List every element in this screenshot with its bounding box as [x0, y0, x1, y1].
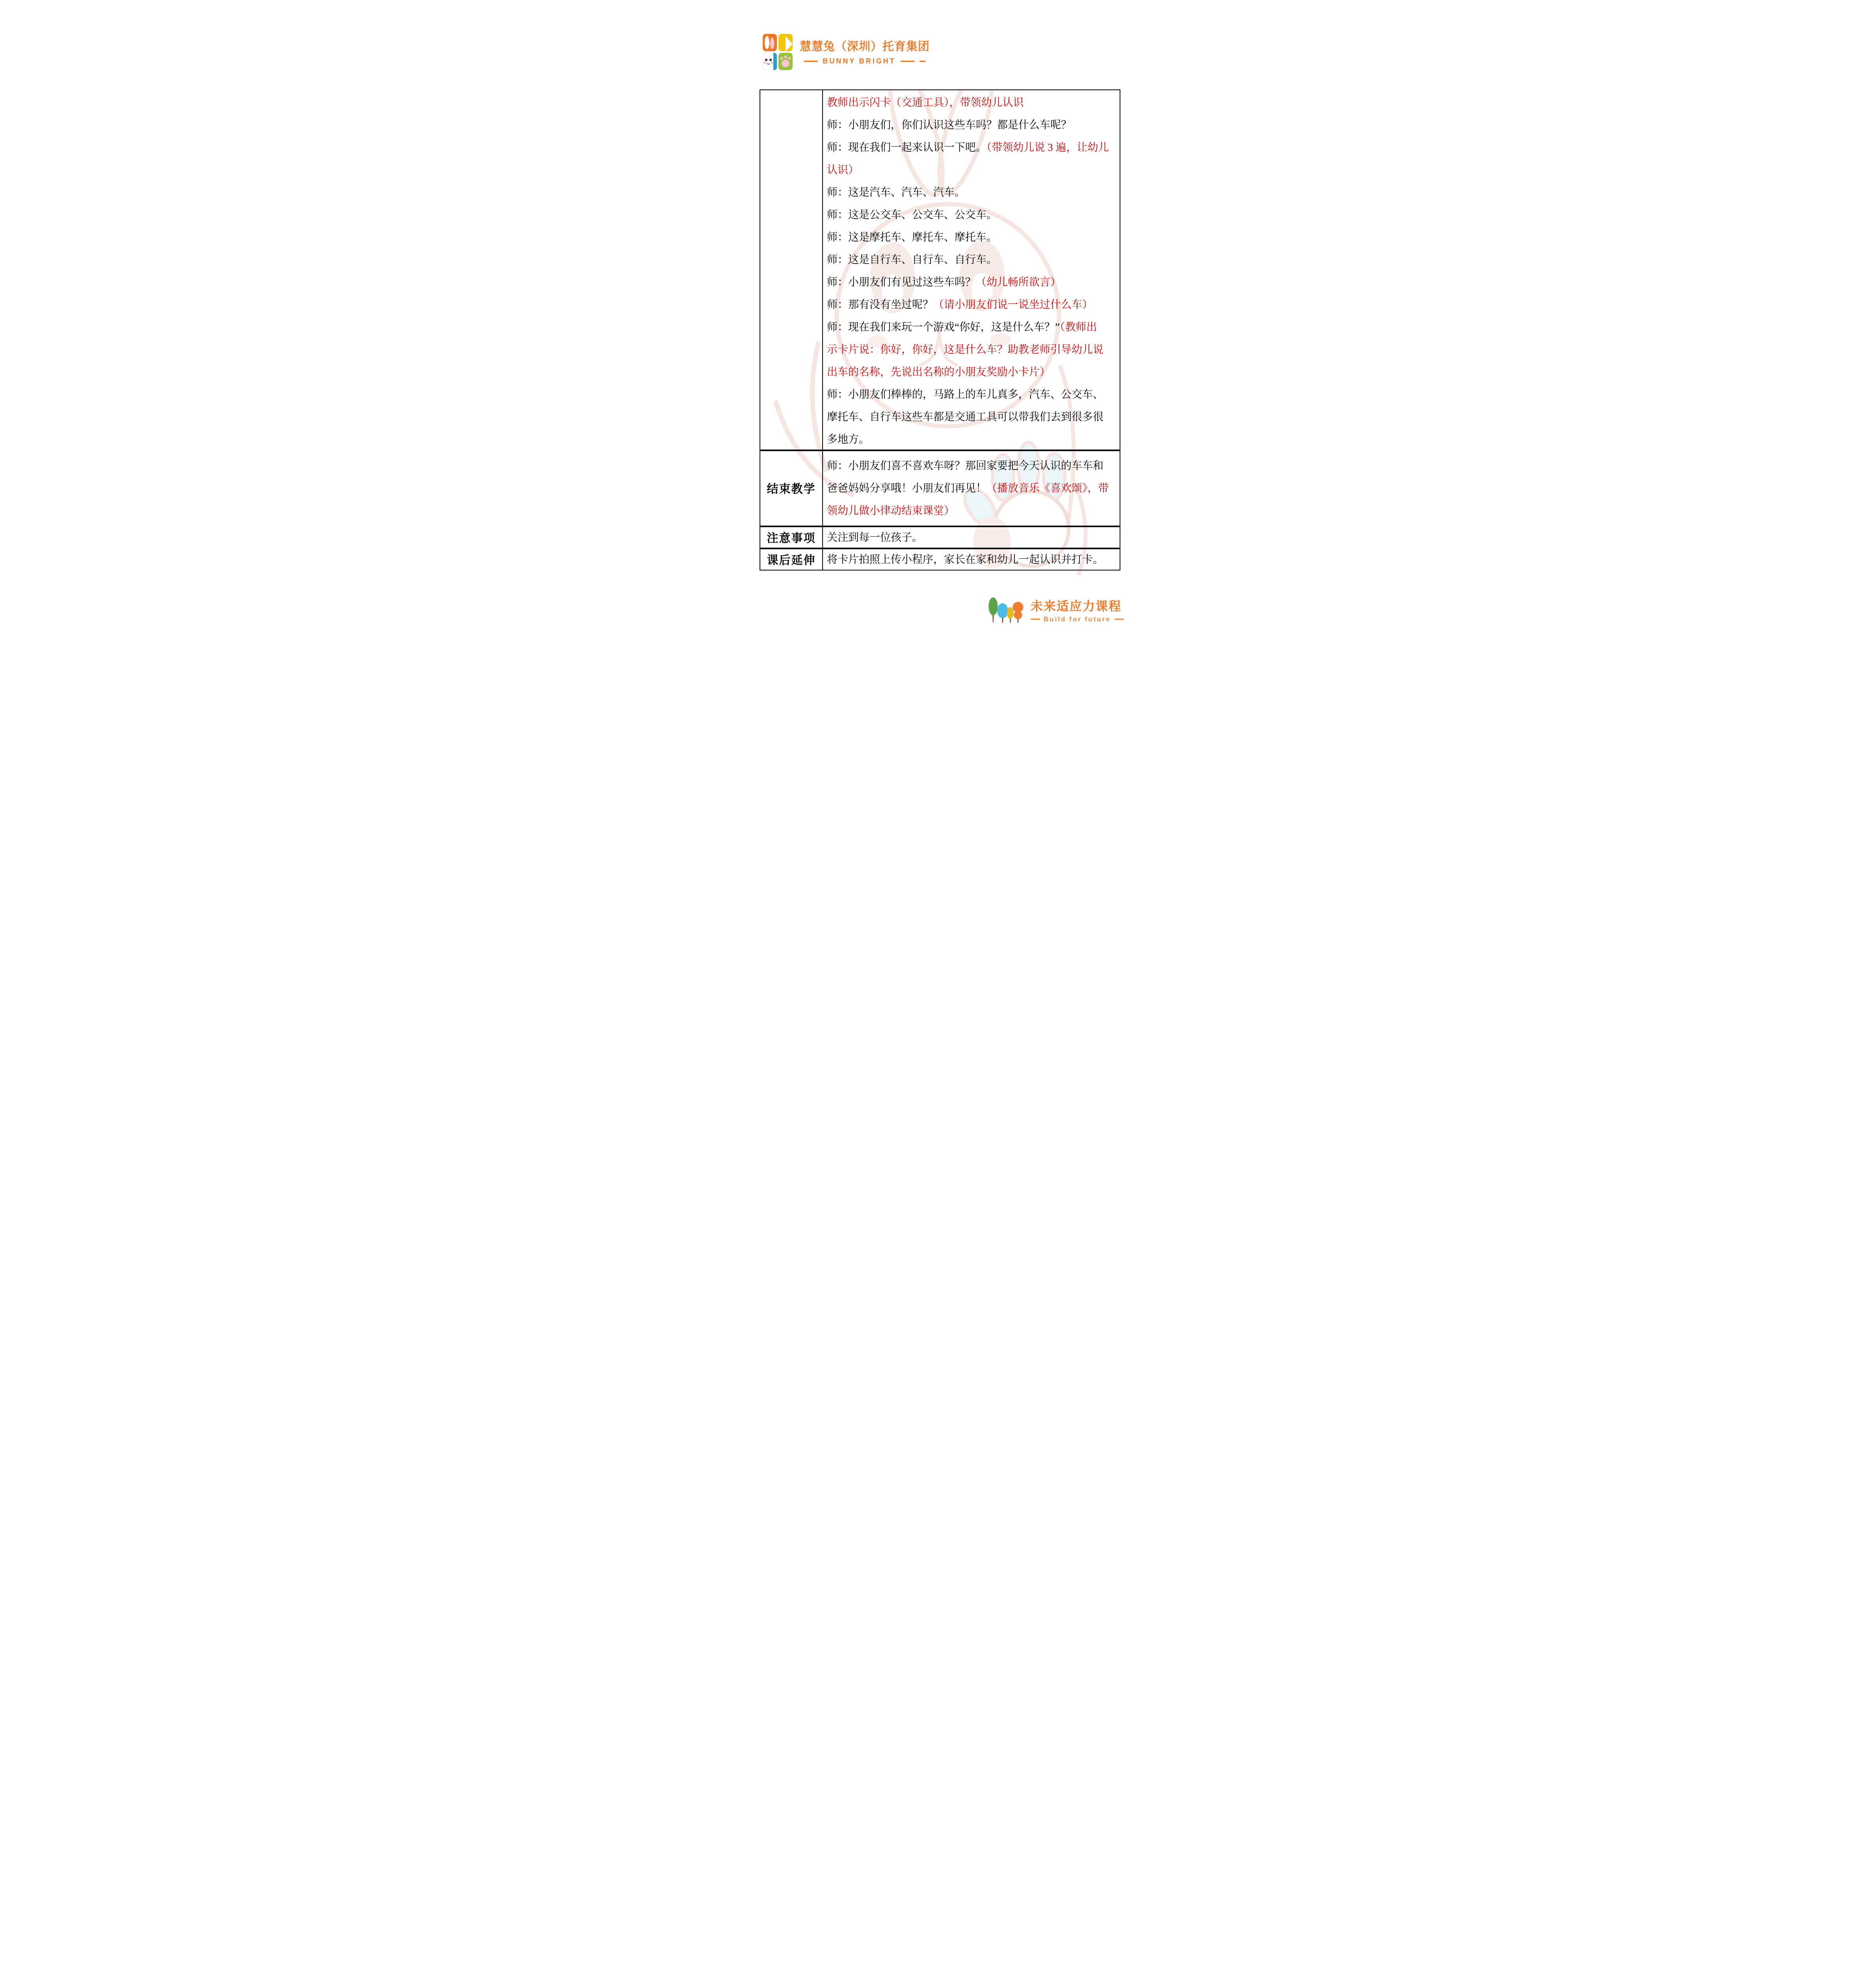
brand-text: 慧慧兔（深圳）托育集团 BUNNY BRIGHT — [800, 34, 930, 65]
row-content-extension: 将卡片拍照上传小程序，家长在家和幼儿一起认识并打卡。 — [823, 549, 1120, 570]
text-line: 师：小朋友们，你们认识这些车吗？都是什么车呢？ — [827, 114, 1118, 136]
footer-subtitle-row: Build for future — [1031, 615, 1124, 623]
brand-name-en-row: BUNNY BRIGHT — [800, 57, 930, 65]
footer-text: 未来适应力课程 Build for future — [1031, 596, 1124, 623]
text-line: 师：现在我们来玩一个游戏“你好，这是什么车？”（教师出 — [827, 316, 1118, 338]
footer-title-cn: 未来适应力课程 — [1031, 596, 1124, 614]
table-row-notes: 注意事项 关注到每一位孩子。 — [760, 526, 1120, 548]
text-line: 教师出示闪卡（交通工具），带领幼儿认识 — [827, 91, 1118, 114]
decor-fdash-left — [1031, 619, 1040, 620]
text-line: 师：这是自行车、自行车、自行车。 — [827, 249, 1118, 271]
row-label-extension: 课后延伸 — [760, 549, 823, 570]
footer-subtitle-en: Build for future — [1044, 615, 1111, 623]
brand-name-cn: 慧慧兔（深圳）托育集团 — [800, 38, 930, 54]
decor-dash-left — [804, 61, 818, 62]
text-line: 认识） — [827, 159, 1118, 181]
text-line: 领幼儿做小律动结束课堂） — [827, 500, 1118, 522]
table-row-closing: 结束教学 师：小朋友们喜不喜欢车呀？那回家要把今天认识的车车和爸爸妈妈分享哦！小… — [760, 450, 1120, 526]
text-line: 爸爸妈妈分享哦！小朋友们再见！（播放音乐《喜欢颂》，带 — [827, 477, 1118, 500]
text-line: 关注到每一位孩子。 — [827, 526, 1118, 549]
trees-icon — [988, 596, 1025, 623]
text-line: 摩托车、自行车这些车都是交通工具可以带我们去到很多很 — [827, 406, 1118, 428]
row-content-closing: 师：小朋友们喜不喜欢车呀？那回家要把今天认识的车车和爸爸妈妈分享哦！小朋友们再见… — [823, 451, 1120, 526]
row-label-cell — [760, 90, 823, 450]
bunny-bright-logo-icon — [763, 34, 793, 70]
text-line: 师：这是摩托车、摩托车、摩托车。 — [827, 226, 1118, 249]
row-label-closing: 结束教学 — [760, 451, 823, 526]
table-row-activity: 教师出示闪卡（交通工具），带领幼儿认识师：小朋友们，你们认识这些车吗？都是什么车… — [760, 90, 1120, 450]
row-content-cell: 教师出示闪卡（交通工具），带领幼儿认识师：小朋友们，你们认识这些车吗？都是什么车… — [823, 90, 1120, 450]
text-line: 出车的名称，先说出名称的小朋友奖励小卡片） — [827, 361, 1118, 383]
text-line: 师：这是汽车、汽车、汽车。 — [827, 181, 1118, 204]
decor-fdash-right — [1114, 619, 1124, 620]
row-content-notes: 关注到每一位孩子。 — [823, 527, 1120, 548]
text-line: 师：小朋友们棒棒的，马路上的车儿真多，汽车、公交车、 — [827, 383, 1118, 406]
text-line: 多地方。 — [827, 428, 1118, 451]
lesson-plan-table: 教师出示闪卡（交通工具），带领幼儿认识师：小朋友们，你们认识这些车吗？都是什么车… — [760, 89, 1120, 571]
row-label-notes: 注意事项 — [760, 527, 823, 548]
text-line: 师：小朋友们喜不喜欢车呀？那回家要把今天认识的车车和 — [827, 455, 1118, 477]
decor-dash-right-short — [919, 61, 926, 62]
text-line: 将卡片拍照上传小程序，家长在家和幼儿一起认识并打卡。 — [827, 548, 1118, 571]
brand-name-en: BUNNY BRIGHT — [823, 57, 896, 65]
text-line: 师：那有没有坐过呢？（请小朋友们说一说坐过什么车） — [827, 294, 1118, 316]
text-line: 示卡片说：你好，你好，这是什么车？助教老师引导幼儿说 — [827, 338, 1118, 361]
text-line: 师：小朋友们有见过这些车吗？（幼儿畅所欲言） — [827, 271, 1118, 294]
table-row-extension: 课后延伸 将卡片拍照上传小程序，家长在家和幼儿一起认识并打卡。 — [760, 548, 1120, 570]
footer-brand: 未来适应力课程 Build for future — [988, 596, 1124, 623]
text-line: 师：这是公交车、公交车、公交车。 — [827, 204, 1118, 226]
brand-header: 慧慧兔（深圳）托育集团 BUNNY BRIGHT — [763, 34, 930, 70]
lesson-plan-page: 慧慧兔（深圳）托育集团 BUNNY BRIGHT 教师出示闪卡（交通工具），带领… — [704, 0, 1172, 663]
decor-dash-right — [901, 61, 915, 62]
text-line: 师：现在我们一起来认识一下吧。（带领幼儿说 3 遍，让幼儿 — [827, 136, 1118, 159]
